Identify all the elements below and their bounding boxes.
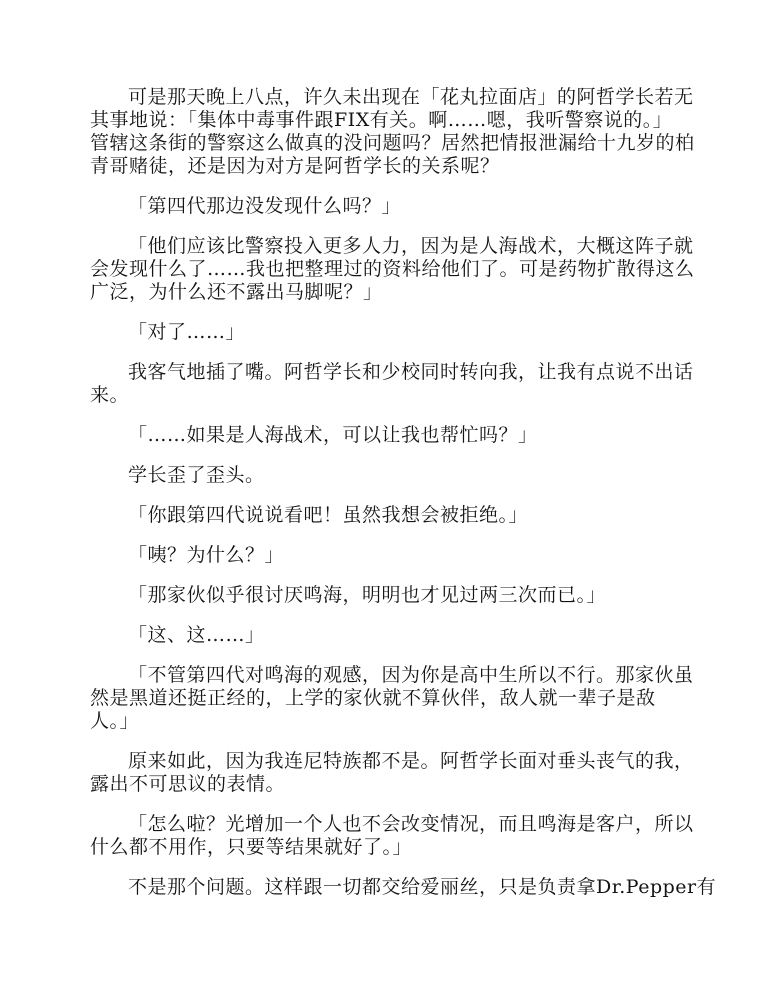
- paragraph-7: 学长歪了歪头。: [90, 464, 690, 487]
- paragraph-11: 「这、这……」: [90, 624, 690, 647]
- text-line: 人。」: [90, 710, 690, 733]
- paragraph-2: 「第四代那边没发现什么吗？」: [90, 195, 690, 218]
- text-line: 「怎么啦？光增加一个人也不会改变情况，而且鸣海是客户，所以: [90, 813, 690, 836]
- paragraph-3: 「他们应该比警察投入更多人力，因为是人海战术，大概这阵子就会发现什么了……我也把…: [90, 235, 690, 304]
- text-line: 「不管第四代对鸣海的观感，因为你是高中生所以不行。那家伙虽: [90, 664, 690, 687]
- text-line: 原来如此，因为我连尼特族都不是。阿哲学长面对垂头丧气的我，: [90, 750, 690, 773]
- paragraph-6: 「……如果是人海战术，可以让我也帮忙吗？」: [90, 424, 690, 447]
- text-line: 我客气地插了嘴。阿哲学长和少校同时转向我，让我有点说不出话: [90, 361, 690, 384]
- text-line: 可是那天晚上八点，许久未出现在「花丸拉面店」的阿哲学长若无: [90, 86, 690, 109]
- text-line: 「这、这……」: [90, 624, 690, 647]
- paragraph-14: 「怎么啦？光增加一个人也不会改变情况，而且鸣海是客户，所以什么都不用作，只要等结…: [90, 813, 690, 859]
- text-line: 然是黑道还挺正经的，上学的家伙就不算伙伴，敌人就一辈子是敌: [90, 687, 690, 710]
- paragraph-9: 「咦？为什么？」: [90, 544, 690, 567]
- text-line: 不是那个问题。这样跟一切都交给爱丽丝，只是负责拿Dr.Pepper有: [90, 876, 690, 899]
- text-line: 露出不可思议的表情。: [90, 773, 690, 796]
- paragraph-5: 我客气地插了嘴。阿哲学长和少校同时转向我，让我有点说不出话来。: [90, 361, 690, 407]
- paragraph-12: 「不管第四代对鸣海的观感，因为你是高中生所以不行。那家伙虽然是黑道还挺正经的，上…: [90, 664, 690, 733]
- paragraph-4: 「对了……」: [90, 321, 690, 344]
- text-line: 「咦？为什么？」: [90, 544, 690, 567]
- paragraph-15: 不是那个问题。这样跟一切都交给爱丽丝，只是负责拿Dr.Pepper有: [90, 876, 690, 899]
- paragraph-13: 原来如此，因为我连尼特族都不是。阿哲学长面对垂头丧气的我，露出不可思议的表情。: [90, 750, 690, 796]
- text-line: 「……如果是人海战术，可以让我也帮忙吗？」: [90, 424, 690, 447]
- text-line: 广泛，为什么还不露出马脚呢？」: [90, 281, 690, 304]
- text-line: 会发现什么了……我也把整理过的资料给他们了。可是药物扩散得这么: [90, 258, 690, 281]
- text-line: 什么都不用作，只要等结果就好了。」: [90, 836, 690, 859]
- text-line: 「你跟第四代说说看吧！虽然我想会被拒绝。」: [90, 504, 690, 527]
- text-line: 「他们应该比警察投入更多人力，因为是人海战术，大概这阵子就: [90, 235, 690, 258]
- paragraph-10: 「那家伙似乎很讨厌鸣海，明明也才见过两三次而已。」: [90, 584, 690, 607]
- text-line: 管辖这条街的警察这么做真的没问题吗？居然把情报泄漏给十九岁的柏: [90, 132, 690, 155]
- text-line: 青哥赌徒，还是因为对方是阿哲学长的关系呢？: [90, 155, 690, 178]
- text-block: 可是那天晚上八点，许久未出现在「花丸拉面店」的阿哲学长若无其事地说：「集体中毒事…: [90, 86, 690, 916]
- paragraph-1: 可是那天晚上八点，许久未出现在「花丸拉面店」的阿哲学长若无其事地说：「集体中毒事…: [90, 86, 690, 178]
- text-line: 「第四代那边没发现什么吗？」: [90, 195, 690, 218]
- text-line: 「那家伙似乎很讨厌鸣海，明明也才见过两三次而已。」: [90, 584, 690, 607]
- paragraph-8: 「你跟第四代说说看吧！虽然我想会被拒绝。」: [90, 504, 690, 527]
- text-line: 学长歪了歪头。: [90, 464, 690, 487]
- text-line: 其事地说：「集体中毒事件跟FIX有关。啊……嗯，我听警察说的。」: [90, 109, 690, 132]
- text-line: 「对了……」: [90, 321, 690, 344]
- document-page: 可是那天晚上八点，许久未出现在「花丸拉面店」的阿哲学长若无其事地说：「集体中毒事…: [0, 0, 765, 990]
- text-line: 来。: [90, 384, 690, 407]
